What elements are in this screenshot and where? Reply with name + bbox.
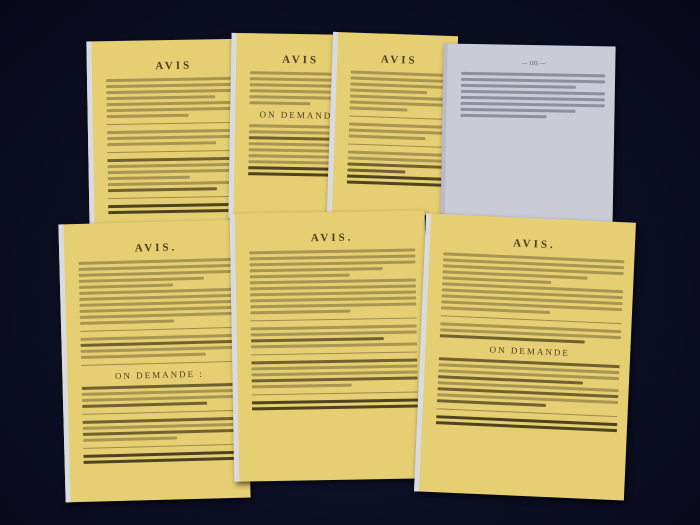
pamphlet-top-center-right: AVIS [327,32,458,216]
pamphlet-title: AVIS. [444,234,625,254]
pamphlet-bottom-left: AVIS. ON DEMANDE : [58,220,250,503]
pamphlet-title: AVIS [106,59,242,73]
pamphlet-top-right-gray: — 103 — [440,44,615,237]
pamphlet-subhead: ON DEMANDE : [81,368,237,382]
page-number: — 103 — [461,60,605,69]
pamphlet-bottom-center: AVIS. [230,210,430,481]
pamphlet-title: AVIS. [78,240,234,256]
photo-background: AVIS AVIS ON DEMANDE AVIS [0,0,700,525]
pamphlet-title: AVIS [351,53,447,68]
pamphlet-title: AVIS. [249,230,415,245]
pamphlet-bottom-right: AVIS. ON DEMANDE [414,214,636,501]
